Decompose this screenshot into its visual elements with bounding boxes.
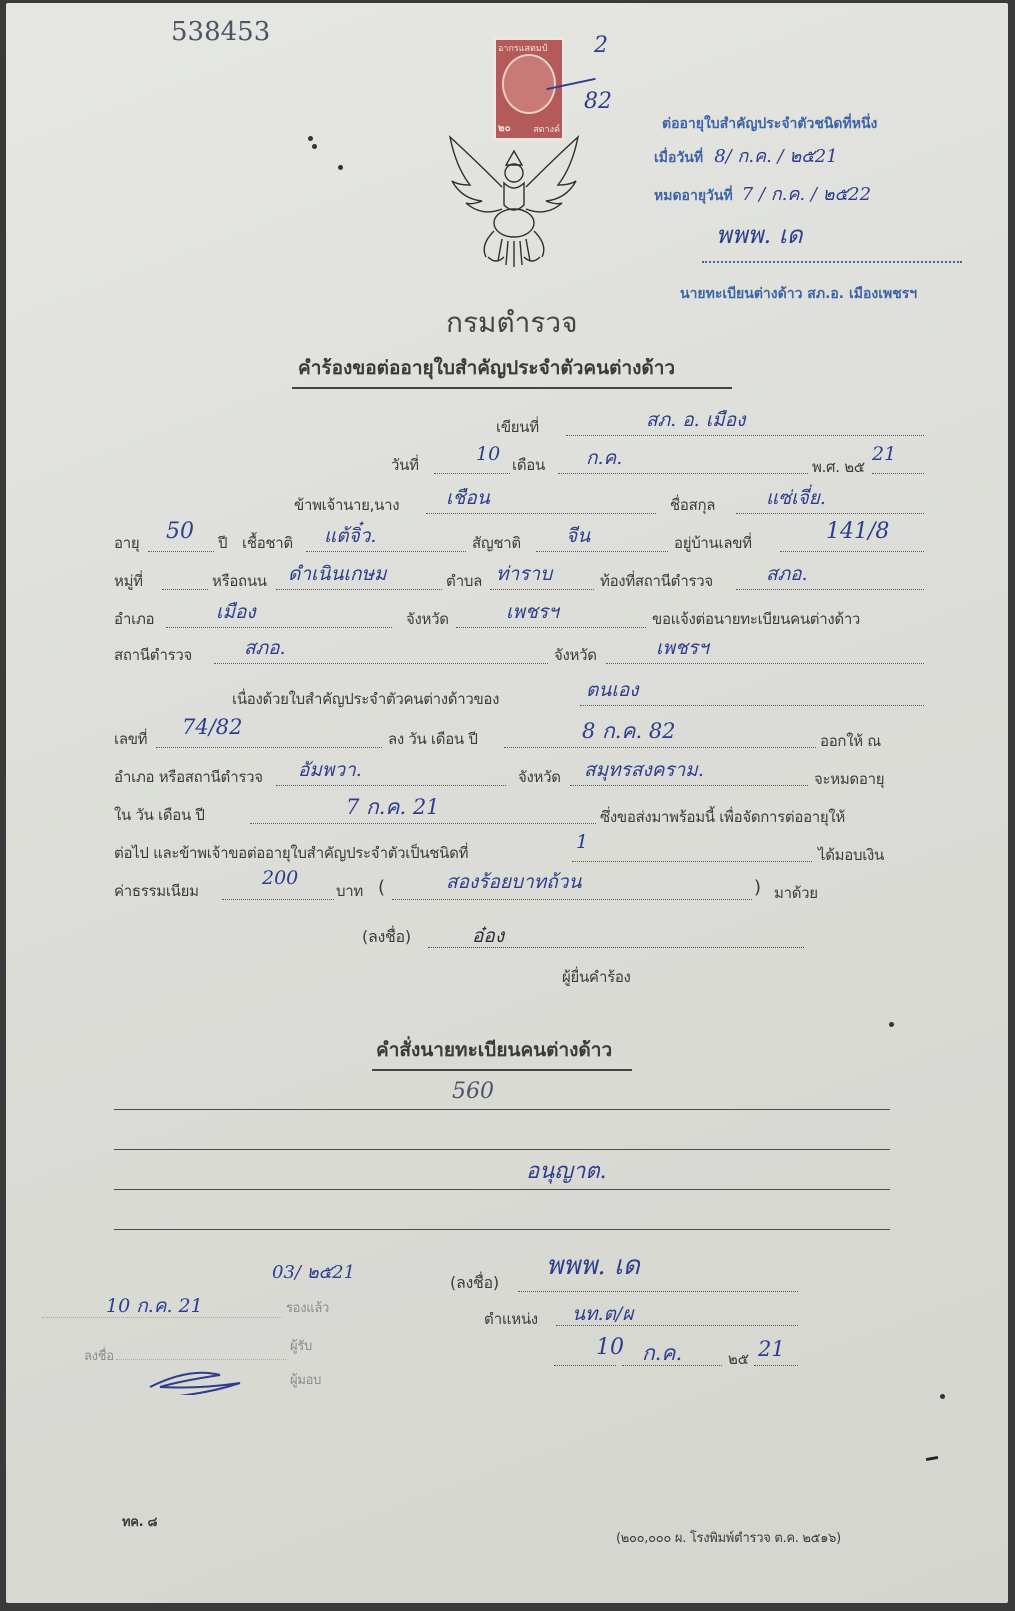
subdistrict-line <box>490 589 594 590</box>
year-unit: ปี <box>218 531 227 555</box>
position-label: ตำแหน่ง <box>484 1307 538 1331</box>
road-label: หรือถนน <box>212 569 267 593</box>
renewal-issued-value: 8/ ก.ค. / ๒๕21 <box>714 146 838 167</box>
date-line <box>434 473 510 474</box>
because-line <box>580 705 924 706</box>
fee-label: ค่าธรรมเนียม <box>114 879 199 903</box>
because-value[interactable]: ตนเอง <box>586 675 639 705</box>
garuda-emblem-icon <box>444 131 584 271</box>
form-title-underline <box>292 387 732 389</box>
stamp-portrait <box>502 54 556 114</box>
applicant-label: ข้าพเจ้านาย,นาง <box>294 493 399 517</box>
issued-district-label: อำเภอ หรือสถานีตำรวจ <box>114 765 263 789</box>
district-value[interactable]: เมือง <box>216 597 256 627</box>
number-line <box>156 747 382 748</box>
renewal-issued-row: เมื่อวันที่ 8/ ก.ค. / ๒๕21 <box>654 141 838 170</box>
road-value[interactable]: ดำเนินเกษม <box>288 559 387 589</box>
agency-title: กรมตำรวจ <box>446 301 578 345</box>
expire-label: จะหมดอายุ <box>814 767 884 791</box>
attached-text: ซึ่งขอส่งมาพร้อมนี้ เพื่อจัดการต่ออายุให… <box>600 805 845 829</box>
ink-speck <box>940 1394 945 1399</box>
type-line <box>572 861 812 862</box>
police-area-line <box>736 589 924 590</box>
race-label: เชื้อชาติ <box>242 531 293 555</box>
applicant-caption: ผู้ยื่นคำร้อง <box>562 965 631 989</box>
date-label: วันที่ <box>391 453 419 477</box>
station-value[interactable]: สภอ. <box>244 633 286 663</box>
order-date-month[interactable]: ก.ค. <box>642 1337 682 1370</box>
date-value[interactable]: 10 <box>476 443 500 465</box>
issued-district-line <box>276 785 506 786</box>
number-value[interactable]: 74/82 <box>182 715 243 739</box>
fee-line <box>222 899 334 900</box>
house-no-label: อยู่บ้านเลขที่ <box>674 531 752 555</box>
province-value[interactable]: เพชรฯ <box>506 597 559 627</box>
expire-date-value[interactable]: 7 ก.ค. 21 <box>346 791 440 824</box>
renewal-signature: พพพ. เด <box>716 215 803 254</box>
house-no-line <box>780 551 924 552</box>
applicant-value[interactable]: เชือน <box>446 483 490 513</box>
dated-label: ลง วัน เดือน ปี <box>388 727 478 751</box>
applicant-signature: อ๋อง <box>472 921 504 951</box>
stamp-top-text: อากรแสตมป์ <box>498 41 548 55</box>
ink-mark <box>926 1456 938 1461</box>
year-line <box>872 473 924 474</box>
ink-speck <box>308 136 313 141</box>
receipt-giver-label: ผู้มอบ <box>290 1369 321 1390</box>
ink-speck <box>889 1022 894 1027</box>
position-value[interactable]: นท.ต/ผ <box>572 1299 633 1329</box>
order-signature: พพพ. เด <box>546 1245 640 1286</box>
receipt-received-label: รองแล้ว <box>286 1297 329 1318</box>
station-line <box>214 663 548 664</box>
issued-province-label: จังหวัด <box>518 765 561 789</box>
province2-line <box>606 663 924 664</box>
renewal-issued-label: เมื่อวันที่ <box>654 150 703 166</box>
village-label: หมู่ที่ <box>114 569 143 593</box>
receipt-sign-line <box>116 1359 286 1360</box>
order-sign-line <box>518 1291 798 1292</box>
order-line-2 <box>114 1149 890 1150</box>
order-date-year-prefix: ๒๕ <box>728 1347 749 1371</box>
applicant-sign-label: (ลงชื่อ) <box>362 925 411 950</box>
issued-district-value[interactable]: อัมพวา. <box>298 755 362 785</box>
paid-label: ได้มอบเงิน <box>818 843 884 867</box>
serial-number: 538453 <box>171 17 270 47</box>
applicant-line <box>426 513 656 514</box>
province2-value[interactable]: เพชรฯ <box>656 633 709 663</box>
form-code: ทค. ๘ <box>122 1511 157 1532</box>
age-line <box>148 551 214 552</box>
order-sign-label: (ลงชื่อ) <box>450 1271 499 1296</box>
issued-label: ออกให้ ณ <box>820 729 881 753</box>
receipt-scribble-icon <box>146 1365 286 1395</box>
nationality-label: สัญชาติ <box>472 531 521 555</box>
order-date-year[interactable]: 21 <box>758 1337 785 1361</box>
race-value[interactable]: แต้จิ๋ว. <box>324 521 376 551</box>
police-area-label: ท้องที่สถานีตำรวจ <box>600 569 713 593</box>
month-label: เดือน <box>512 453 545 477</box>
year-label: พ.ศ. ๒๕ <box>812 455 865 479</box>
order-title: คำสั่งนายทะเบียนคนต่างด้าว <box>376 1035 612 1065</box>
district-label: อำเภอ <box>114 607 154 631</box>
nationality-value[interactable]: จีน <box>566 521 590 551</box>
province-label: จังหวัด <box>406 607 449 631</box>
type-value[interactable]: 1 <box>576 831 588 853</box>
with-label: มาด้วย <box>774 881 818 905</box>
because-text: เนื่องด้วยใบสำคัญประจำตัวคนต่างด้าวของ <box>232 687 499 711</box>
issued-province-line <box>570 785 808 786</box>
subdistrict-value[interactable]: ท่าราบ <box>496 559 552 589</box>
order-line-4 <box>114 1229 890 1230</box>
province-line <box>456 627 646 628</box>
print-info: (๒๐๐,๐๐๐ ผ. โรงพิมพ์ตำรวจ ต.ค. ๒๕๑๖) <box>616 1527 841 1548</box>
renewal-expire-row: หมดอายุวันที่ 7 / ก.ค. / ๒๕22 <box>654 179 871 208</box>
renewal-signature-line <box>702 261 962 263</box>
written-at-value[interactable]: สภ. อ. เมือง <box>646 405 745 435</box>
surname-line <box>736 513 924 514</box>
receipt-date-line <box>42 1317 282 1318</box>
notify-text: ขอแจ้งต่อนายทะเบียนคนต่างด้าว <box>652 607 860 631</box>
district-line <box>166 627 392 628</box>
age-value[interactable]: 50 <box>166 519 194 544</box>
renewal-stamp-footer: นายทะเบียนต่างด้าว สภ.อ. เมืองเพชรฯ <box>680 283 917 305</box>
order-line-3 <box>114 1189 890 1190</box>
order-year-line <box>754 1365 798 1366</box>
corner-note-bottom: 82 <box>584 89 612 114</box>
issued-province-value[interactable]: สมุทรสงคราม. <box>584 755 704 785</box>
house-no-value[interactable]: 141/8 <box>826 519 889 544</box>
surname-value[interactable]: แซ่เจี่ย. <box>766 483 826 513</box>
written-at-label: เขียนที่ <box>496 415 539 439</box>
continue-text: ต่อไป และข้าพเจ้าขอต่ออายุใบสำคัญประจำตั… <box>114 841 468 865</box>
year-value[interactable]: 21 <box>872 443 896 465</box>
fee-words-open-paren: ( <box>378 877 385 898</box>
village-line <box>162 589 208 590</box>
road-line <box>276 589 442 590</box>
corner-note-top: 2 <box>594 33 608 58</box>
fee-words-close-paren: ) <box>754 877 761 898</box>
month-line <box>558 473 808 474</box>
renewal-expire-value: 7 / ก.ค. / ๒๕22 <box>742 184 871 205</box>
order-line-1 <box>114 1109 890 1110</box>
order-line3-value[interactable]: อนุญาต. <box>526 1153 607 1188</box>
fee-words-value[interactable]: สองร้อยบาทถ้วน <box>446 867 581 897</box>
receipt-ref: 03/ ๒๕21 <box>272 1257 355 1286</box>
age-label: อายุ <box>114 531 139 555</box>
order-day-line <box>554 1365 616 1366</box>
race-line <box>306 551 466 552</box>
document-page: 538453 อากรแสตมป์ ๒๐ สตางค์ 2 82 ต่ออายุ… <box>6 3 1008 1603</box>
station-label: สถานีตำรวจ <box>114 643 192 667</box>
revenue-stamp: อากรแสตมป์ ๒๐ สตางค์ <box>493 37 565 141</box>
province2-label: จังหวัด <box>554 643 597 667</box>
form-title: คำร้องขอต่ออายุใบสำคัญประจำตัวคนต่างด้าว <box>298 353 675 383</box>
nationality-line <box>536 551 668 552</box>
police-area-value[interactable]: สภอ. <box>766 559 808 589</box>
surname-label: ชื่อสกุล <box>670 493 715 517</box>
subdistrict-label: ตำบล <box>446 569 482 593</box>
renewal-expire-label: หมดอายุวันที่ <box>654 188 733 204</box>
number-label: เลขที่ <box>114 727 147 751</box>
month-value[interactable]: ก.ค. <box>586 443 622 473</box>
fee-words-line <box>392 899 752 900</box>
ink-speck <box>312 144 317 149</box>
receipt-receiver-label: ผู้รับ <box>290 1335 312 1356</box>
written-at-line <box>566 435 924 436</box>
ink-speck <box>338 165 343 170</box>
order-line1-value[interactable]: 560 <box>452 1079 494 1104</box>
order-title-underline <box>372 1069 632 1071</box>
receipt-sign-label: ลงชื่อ <box>84 1345 114 1366</box>
order-date-day[interactable]: 10 <box>596 1335 624 1360</box>
fee-value[interactable]: 200 <box>262 867 298 889</box>
dated-value[interactable]: 8 ก.ค. 82 <box>582 715 676 748</box>
expire-date-label: ใน วัน เดือน ปี <box>114 803 205 827</box>
baht-label: บาท <box>336 879 363 903</box>
renewal-stamp-line1: ต่ออายุใบสำคัญประจำตัวชนิดที่หนึ่ง <box>662 113 877 135</box>
